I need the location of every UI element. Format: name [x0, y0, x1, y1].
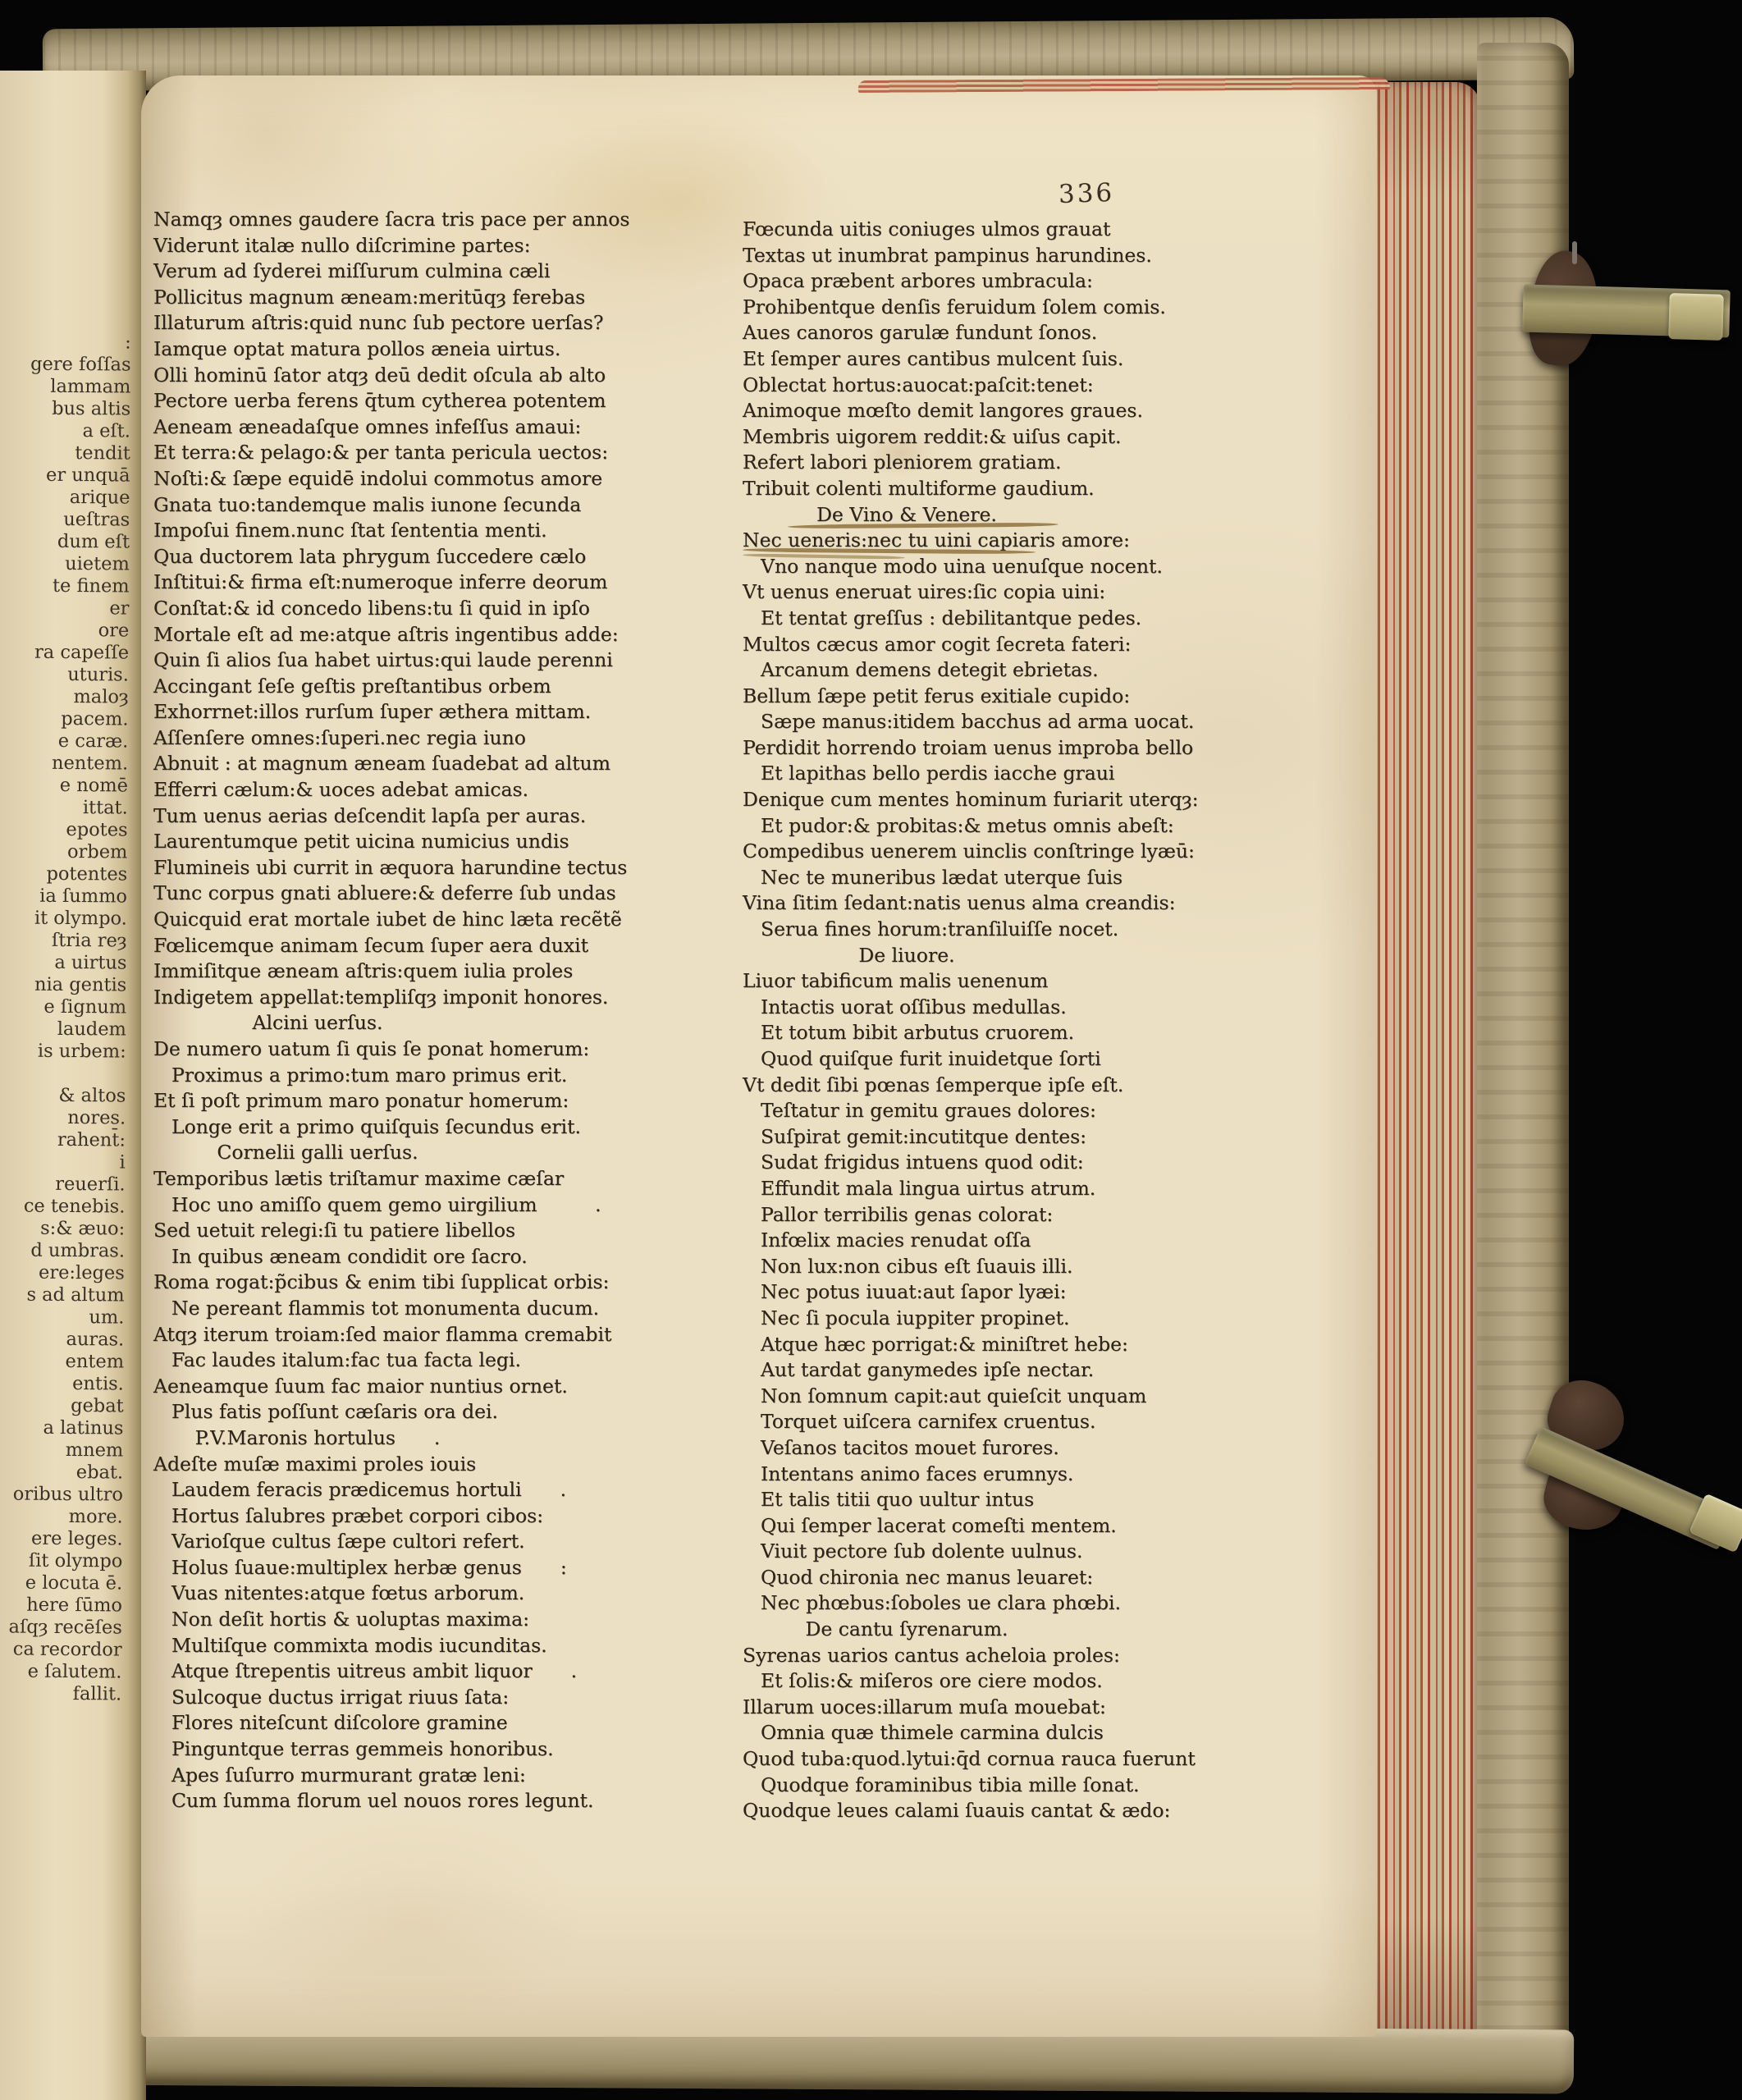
verse-line: Et totum bibit arbutus cruorem.	[743, 1020, 1251, 1046]
verse-line: Tribuit colenti multiforme gaudium.	[743, 476, 1251, 502]
verse-line: Membris uigorem reddit:& uiſus capit.	[743, 424, 1251, 451]
verse-line: Et lapithas bello perdis iacche graui	[743, 761, 1251, 787]
verse-line: Perdidit horrendo troiam uenus improba b…	[743, 735, 1251, 762]
gutter-line-fragment: ia ſummo	[1, 885, 127, 908]
verse-line: Plus fatis poſſunt cæſaris ora dei.	[153, 1399, 662, 1425]
verse-line: Indigetem appellat:templiſqȝ imponit hon…	[153, 985, 662, 1011]
verse-line: Atque hæc porrigat:& miniſtret hebe:	[743, 1332, 1251, 1358]
gutter-line-fragment: dum eſt	[3, 530, 130, 553]
gutter-line-fragment: nentem.	[2, 752, 128, 775]
gutter-line-fragment: mnem	[0, 1439, 123, 1462]
book-photo: :gere foſſaslammambus altisa eſt.tendite…	[0, 0, 1742, 2100]
section-heading: P.V.Maronis hortulus .	[153, 1425, 482, 1452]
verse-line: Impoſui finem.nunc ſtat ſententia menti.	[153, 518, 662, 544]
gutter-line-fragment: te finem	[3, 574, 130, 597]
gutter-text-fragments: :gere foſſaslammambus altisa eſt.tendite…	[0, 331, 131, 1705]
gutter-line-fragment: nores.	[0, 1106, 126, 1129]
verse-line: Vt dedit ſibi pœnas ſemperque ipſe eſt.	[743, 1073, 1251, 1099]
page-stain	[240, 1815, 584, 2029]
verse-line: Aut tardat ganymedes ipſe nectar.	[743, 1357, 1251, 1384]
gutter-line-fragment: bus altis	[4, 397, 130, 420]
verse-line: Nec te muneribus lædat uterque ſuis	[743, 865, 1251, 891]
verse-line: Quin ſi alios ſua habet uirtus:qui laude…	[153, 647, 662, 674]
clasp-pin	[1572, 241, 1577, 264]
gutter-line-fragment: gebat	[0, 1394, 124, 1417]
gutter-line-fragment: um.	[0, 1306, 125, 1329]
verse-line: Longe erit a primo quiſquis ſecundus eri…	[153, 1114, 662, 1141]
verse-line: Oblectat hortus:auocat:paſcit:tenet:	[743, 373, 1251, 399]
verse-line: Roma rogat:p̃cibus & enim tibi ſupplicat…	[153, 1270, 662, 1296]
gutter-line-fragment: ra capeſſe	[2, 641, 129, 664]
section-heading: De liuore.	[743, 943, 1071, 969]
verse-line: Olli hominū ſator atqȝ deū dedit oſcula …	[153, 363, 662, 389]
verse-line: Laudem feracis prædicemus hortuli .	[153, 1477, 662, 1503]
gutter-line-fragment: entis.	[0, 1372, 124, 1395]
verse-line: Illarum uoces:illarum muſa mouebat:	[743, 1695, 1251, 1721]
gutter-line-fragment: here ſūmo	[0, 1594, 122, 1617]
verse-line: Exhorrnet:illos rurſum ſuper æthera mitt…	[153, 699, 662, 725]
gutter-line-fragment: fallit.	[0, 1682, 121, 1705]
verse-line: Intentans animo faces erumnys.	[743, 1462, 1251, 1488]
verse-line: Vuas nitentes:atque fœtus arborum.	[153, 1581, 662, 1607]
gutter-line-fragment: more.	[0, 1505, 123, 1528]
section-heading: Alcini uerſus.	[153, 1010, 482, 1036]
gutter-line-fragment: ittat.	[2, 796, 128, 819]
gutter-line-fragment: ore	[2, 619, 129, 642]
gutter-line-fragment: ere:leges	[0, 1261, 125, 1284]
verse-line: Temporibus lætis triſtamur maxime cæſar	[153, 1166, 662, 1192]
verse-line: Sæpe manus:itidem bacchus ad arma uocat.	[743, 709, 1251, 735]
verse-line: Iamque optat matura pollos æneia uirtus.	[153, 336, 662, 363]
gutter-line-fragment: ebat.	[0, 1461, 123, 1484]
gutter-line-fragment: gere foſſas	[4, 353, 130, 376]
verse-line: De numero uatum ſi quis ſe ponat homerum…	[153, 1036, 662, 1063]
verse-line: Opaca præbent arbores umbracula:	[743, 268, 1251, 295]
gutter-line-fragment	[0, 1062, 126, 1085]
verse-line: Proximus a primo:tum maro primus erit.	[153, 1063, 662, 1089]
gutter-line-fragment: oribus ultro	[0, 1483, 123, 1506]
verse-line: In quibus æneam condidit ore ſacro.	[153, 1244, 662, 1270]
verse-line: Serua fines horum:tranſiluiſſe nocet.	[743, 917, 1251, 943]
verse-line: Pollicitus magnum æneam:meritūqȝ ferebas	[153, 285, 662, 311]
gutter-line-fragment: a eſt.	[4, 419, 130, 442]
verse-line: Fœlicemque animam ſecum ſuper aera duxit	[153, 933, 662, 959]
verse-line: Non ſomnum capit:aut quieſcit unquam	[743, 1384, 1251, 1410]
verse-line: Et ſemper aures cantibus mulcent ſuis.	[743, 346, 1251, 373]
verse-line: Hoc uno amiſſo quem gemo uirgilium .	[153, 1192, 662, 1219]
verse-line: Aſſenſere omnes:ſuperi.nec regia iuno	[153, 725, 662, 752]
gutter-line-fragment: laudem	[0, 1018, 126, 1041]
verse-line: Vt uenus eneruat uires:ſic copia uini:	[743, 579, 1251, 606]
gutter-line-fragment: it olympo.	[1, 907, 127, 930]
verse-line: Cum ſumma florum uel nouos rores legunt.	[153, 1788, 662, 1814]
verse-line: Bellum ſæpe petit ferus exitiale cupido:	[743, 684, 1251, 710]
gutter-line-fragment: aſqȝ recēſes	[0, 1616, 122, 1639]
verse-line: Holus ſuaue:multiplex herbæ genus :	[153, 1555, 662, 1581]
verse-line: Nec potus iuuat:aut ſapor lyæi:	[743, 1279, 1251, 1306]
verse-line: Vina ſitim ſedant:natis uenus alma crean…	[743, 890, 1251, 917]
verse-line: Compedibus uenerem uinclis conſtringe ly…	[743, 839, 1251, 865]
verse-line: Denique cum mentes hominum furiarit uter…	[743, 787, 1251, 813]
section-heading: De cantu ſyrenarum.	[743, 1617, 1071, 1643]
verse-line: Flumineis ubi currit in æquora harundine…	[153, 855, 662, 881]
verse-line: Conſtat:& id concedo libens:tu ſi quid i…	[153, 596, 662, 622]
verse-line: Et pudor:& probitas:& metus omnis abeſt:	[743, 813, 1251, 840]
verse-line: Aues canoros garulæ fundunt ſonos.	[743, 320, 1251, 346]
verse-line: Non lux:non cibus eſt ſuauis illi.	[743, 1254, 1251, 1280]
gutter-line-fragment: e ſalutem.	[0, 1660, 122, 1683]
gutter-line-fragment: a uirtus	[0, 951, 126, 974]
verse-line: Pinguntque terras gemmeis honoribus.	[153, 1736, 662, 1763]
gutter-line-fragment: pacem.	[2, 707, 128, 730]
verse-line: Sulcoque ductus irrigat riuus ſata:	[153, 1685, 662, 1711]
verse-line: Tum uenus aerias deſcendit lapſa per aur…	[153, 803, 662, 830]
verse-line: Arcanum demens detegit ebrietas.	[743, 657, 1251, 684]
verse-line: Et terra:& pelago:& per tanta pericula u…	[153, 440, 662, 466]
gutter-line-fragment: potentes	[1, 862, 127, 885]
verse-line: Noſti:& ſæpe equidē indolui commotus amo…	[153, 466, 662, 492]
gutter-line-fragment: entem	[0, 1350, 124, 1373]
verse-line: Non deſit hortis & uoluptas maxima:	[153, 1607, 662, 1633]
gutter-line-fragment: e nomē	[2, 774, 128, 797]
gutter-line-fragment: ere leges.	[0, 1527, 123, 1550]
verse-line: Prohibentque denſis feruidum ſolem comis…	[743, 295, 1251, 321]
clasp-lower	[1534, 1366, 1742, 1556]
verse-line: Illaturum aſtris:quid nunc ſub pectore u…	[153, 310, 662, 336]
verse-line: Abnuit : at magnum æneam ſuadebat ad alt…	[153, 751, 662, 777]
gutter-line-fragment: d umbras.	[0, 1239, 125, 1262]
gutter-line-fragment: ſtria reȝ	[1, 929, 127, 952]
gutter-line-fragment: ſit olympo	[0, 1549, 122, 1572]
verse-line: Et ſi poſt primum maro ponatur homerum:	[153, 1088, 662, 1114]
gutter-line-fragment: orbem	[1, 840, 127, 863]
gutter-line-fragment: arique	[3, 486, 130, 509]
verse-line: Fœcunda uitis coniuges ulmos grauat	[743, 217, 1251, 243]
verse-line: Viderunt italæ nullo diſcrimine partes:	[153, 233, 662, 259]
verse-line: Tunc corpus gnati abluere:& deferre ſub …	[153, 881, 662, 907]
verse-line: Et ſolis:& miſeros ore ciere modos.	[743, 1668, 1251, 1695]
verse-line: Quod quiſque furit inuidetque ſorti	[743, 1046, 1251, 1073]
gutter-line-fragment: tendit	[4, 442, 130, 464]
verse-line: Gnata tuo:tandemque malis iunone ſecunda	[153, 492, 662, 519]
verse-line: Aeneamque ſuum fac maior nuntius ornet.	[153, 1374, 662, 1400]
verse-line: Torquet uiſcera carnifex cruentus.	[743, 1409, 1251, 1435]
gutter-line-fragment: uturis.	[2, 663, 129, 686]
gutter-line-fragment: is urbem:	[0, 1040, 126, 1063]
verse-line: Quicquid erat mortale iubet de hinc læta…	[153, 907, 662, 933]
verse-line: Liuor tabificum malis uenenum	[743, 968, 1251, 995]
verse-line: Quodque leues calami ſuauis cantat & ædo…	[743, 1798, 1251, 1824]
verse-line: Refert labori pleniorem gratiam.	[743, 450, 1251, 476]
clasp-upper	[1521, 248, 1742, 379]
gutter-line-fragment: maloȝ	[2, 685, 129, 708]
gutter-line-fragment: e caræ.	[2, 730, 128, 753]
gutter-line-fragment: auras.	[0, 1328, 124, 1351]
fore-edge-page-block	[1374, 82, 1480, 2035]
gutter-line-fragment: a latinus	[0, 1416, 124, 1439]
verse-line: Apes ſuſurro murmurant gratæ leni:	[153, 1763, 662, 1789]
gutter-line-fragment: ca recordor	[0, 1638, 122, 1661]
verse-line: Multiſque commixta modis iucunditas.	[153, 1633, 662, 1659]
verse-line: Teſtatur in gemitu graues dolores:	[743, 1098, 1251, 1124]
verse-line: Sed uetuit relegi:ſi tu patiere libellos	[153, 1218, 662, 1244]
verse-line: Hortus ſalubres præbet corpori cibos:	[153, 1503, 662, 1530]
verse-line: Flores niteſcunt diſcolore gramine	[153, 1710, 662, 1736]
gutter-line-fragment: epotes	[2, 818, 128, 841]
verse-line: Syrenas uarios cantus acheloia proles:	[743, 1643, 1251, 1669]
gutter-line-fragment: uietem	[3, 552, 130, 575]
verse-line: Laurentumque petit uicina numicius undis	[153, 829, 662, 855]
gutter-line-fragment: er unquā	[4, 464, 130, 487]
verse-line: Quodque foraminibus tibia mille ſonat.	[743, 1773, 1251, 1799]
gutter-line-fragment: nia gentis	[0, 973, 126, 996]
verse-line: Inſtitui:& firma eſt:numeroque inferre d…	[153, 570, 662, 596]
verse-line: Qui ſemper lacerat comeſti mentem.	[743, 1513, 1251, 1540]
gutter-line-fragment: e ſignum	[0, 995, 126, 1018]
verse-line: Fac laudes italum:fac tua facta legi.	[153, 1347, 662, 1374]
gutter-line-fragment: s ad altum	[0, 1283, 125, 1306]
verse-line: Textas ut inumbrat pampinus harundines.	[743, 243, 1251, 269]
verse-line: Quod tuba:quod.lytui:q̄d cornua rauca fu…	[743, 1746, 1251, 1773]
verse-line: Ne pereant flammis tot monumenta ducum.	[153, 1296, 662, 1322]
verse-line: Veſanos tacitos mouet furores.	[743, 1435, 1251, 1462]
verse-line: Intactis uorat oſſibus medullas.	[743, 995, 1251, 1021]
gutter-line-fragment: lammam	[4, 375, 130, 398]
verse-line: Accingant ſeſe geſtis preſtantibus orbem	[153, 674, 662, 700]
verse-line: Varioſque cultus ſæpe cultori refert.	[153, 1529, 662, 1555]
text-column-right: Fœcunda uitis coniuges ulmos grauatTexta…	[743, 217, 1251, 1824]
verse-line: Adeſte muſæ maximi proles iouis	[153, 1452, 662, 1478]
verse-line: Infœlix macies renudat oſſa	[743, 1228, 1251, 1254]
verse-line: Effundit mala lingua uirtus atrum.	[743, 1176, 1251, 1202]
verse-line: Multos cæcus amor cogit ſecreta fateri:	[743, 632, 1251, 658]
gutter-line-fragment: ueſtras	[3, 508, 130, 531]
gutter-line-fragment: & altos	[0, 1084, 126, 1107]
verse-line: Immiſitque æneam aſtris:quem iulia prole…	[153, 958, 662, 985]
verse-line: Atqȝ iterum troiam:ſed maior flamma crem…	[153, 1322, 662, 1348]
gutter-line-fragment: :	[5, 331, 131, 354]
verse-line: Omnia quæ thimele carmina dulcis	[743, 1720, 1251, 1746]
gutter-line-fragment: e locuta ē.	[0, 1572, 122, 1594]
gutter-line-fragment: i	[0, 1151, 126, 1174]
verse-line: Qua ductorem lata phrygum ſuccedere cælo	[153, 544, 662, 570]
section-heading: Cornelii galli uerſus.	[153, 1140, 482, 1166]
page-number: 336	[1058, 178, 1114, 209]
verse-line: Sudat frigidus intuens quod odit:	[743, 1150, 1251, 1176]
gutter-line-fragment: reuerſi.	[0, 1173, 126, 1196]
gutter-line-fragment: s:& æuo:	[0, 1217, 125, 1240]
facing-page-gutter: :gere foſſaslammambus altisa eſt.tendite…	[0, 71, 146, 2100]
book-page: 336 Namqȝ omnes gaudere ſacra tris pace …	[141, 75, 1377, 2037]
verse-line: Pectore uerba ferens q̄tum cytherea pote…	[153, 388, 662, 414]
verse-line: Et talis titii quo uultur intus	[743, 1487, 1251, 1513]
verse-line: Mortale eſt ad me:atque aſtris ingentibu…	[153, 622, 662, 648]
verse-line: Efferri cælum:& uoces adebat amicas.	[153, 777, 662, 803]
verse-line: Namqȝ omnes gaudere ſacra tris pace per …	[153, 207, 662, 233]
verse-line: Nec ſi pocula iuppiter propinet.	[743, 1306, 1251, 1332]
verse-line: Verum ad ſyderei miſſurum culmina cæli	[153, 258, 662, 285]
text-column-left: Namqȝ omnes gaudere ſacra tris pace per …	[153, 207, 662, 1814]
verse-line: Suſpirat gemit:incutitque dentes:	[743, 1124, 1251, 1151]
verse-line: Animoque mœſto demit langores graues.	[743, 398, 1251, 424]
verse-line: Nec phœbus:ſoboles ue clara phœbi.	[743, 1590, 1251, 1617]
verse-line: Atque ſtrepentis uitreus ambit liquor .	[153, 1658, 662, 1685]
gutter-line-fragment: er	[2, 597, 129, 620]
verse-line: Et tentat greſſus : debilitantque pedes.	[743, 606, 1251, 632]
verse-line: Pallor terribilis genas colorat:	[743, 1202, 1251, 1228]
clasp-keeper	[1668, 293, 1724, 341]
gutter-line-fragment: ce tenebis.	[0, 1195, 125, 1218]
verse-line: Aeneam æneadaſque omnes infeſſus amaui:	[153, 414, 662, 441]
verse-line: Viuit pectore ſub dolente uulnus.	[743, 1539, 1251, 1565]
gutter-line-fragment: rahent̄:	[0, 1128, 126, 1151]
verse-line: Quod chironia nec manus leuaret:	[743, 1565, 1251, 1591]
